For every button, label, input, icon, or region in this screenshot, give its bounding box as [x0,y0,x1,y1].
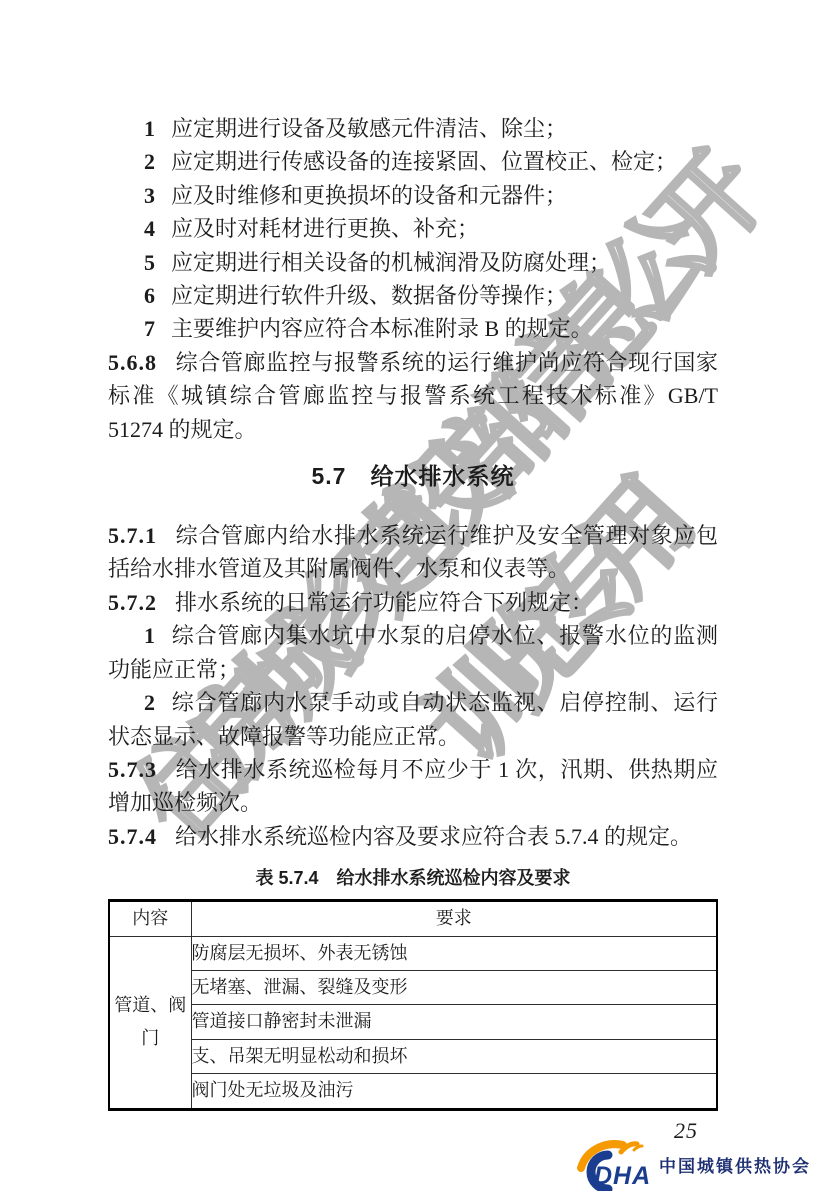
text-column: 1应定期进行设备及敏感元件清洁、除尘； 2应定期进行传感设备的连接紧固、位置校正… [108,0,718,1111]
clause-5-7-2-item-2: 2综合管廊内水泵手动或自动状态监视、启停控制、运行状态显示、故障报警等功能应正常… [108,686,718,753]
table-row: 支、吊架无明显松动和损坏 [109,1039,717,1073]
item-number: 2 [144,690,155,715]
item-number: 1 [144,623,155,648]
table-cell-requirement: 阀门处无垃圾及油污 [191,1074,717,1109]
item-text: 应及时对耗材进行更换、补充； [171,216,479,241]
item-text: 应定期进行设备及敏感元件清洁、除尘； [171,116,567,141]
clause-text: 排水系统的日常运行功能应符合下列规定： [175,590,593,615]
item-text: 应定期进行相关设备的机械润滑及防腐处理； [171,250,611,275]
clause-text: 给水排水系统巡检每月不应少于 1 次，汛期、供热期应增加巡检频次。 [108,757,718,815]
item-number: 6 [144,283,155,308]
table-row: 管道接口静密封未泄漏 [109,1005,717,1039]
section-title: 给水排水系统 [370,463,514,489]
section-heading-5-7: 5.7给水排水系统 [108,461,718,491]
cdha-logo-icon: DHA [574,1137,650,1191]
item-text: 主要维护内容应符合本标准附录 B 的规定。 [171,316,593,341]
clause-number: 5.7.2 [108,590,157,615]
list-item-2: 2应定期进行传感设备的连接紧固、位置校正、检定； [108,145,718,178]
clause-text: 给水排水系统巡检内容及要求应符合表 5.7.4 的规定。 [175,824,692,849]
section-number: 5.7 [312,463,347,489]
clause-text: 综合管廊内给水排水系统运行维护及安全管理对象应包括给水排水管道及其附属阀件、水泵… [108,523,718,581]
item-number: 2 [144,149,155,174]
item-text: 综合管廊内集水坑中水泵的启停水位、报警水位的监测功能应正常； [108,623,718,681]
list-item-3: 3应及时维修和更换损坏的设备和元器件； [108,179,718,212]
clause-5-7-4: 5.7.4给水排水系统巡检内容及要求应符合表 5.7.4 的规定。 [108,820,718,853]
item-text: 应及时维修和更换损坏的设备和元器件； [171,183,567,208]
table-cell-requirement: 防腐层无损坏、外表无锈蚀 [191,936,717,970]
clause-number: 5.7.1 [108,523,157,548]
logo-acronym: DHA [594,1162,650,1190]
item-number: 1 [144,116,155,141]
clause-number: 5.7.4 [108,824,157,849]
item-text: 综合管廊内水泵手动或自动状态监视、启停控制、运行状态显示、故障报警等功能应正常。 [108,690,718,748]
table-cell-requirement: 支、吊架无明显松动和损坏 [191,1039,717,1073]
list-item-7: 7主要维护内容应符合本标准附录 B 的规定。 [108,312,718,345]
table-group-label: 管道、阀门 [109,936,191,1109]
item-number: 3 [144,183,155,208]
association-name: 中国城镇供热协会 [659,1152,811,1177]
clause-text: 综合管廊监控与报警系统的运行维护尚应符合现行国家标准《城镇综合管廊监控与报警系统… [108,350,718,442]
table-cell-requirement: 无堵塞、泄漏、裂缝及变形 [191,970,717,1004]
clause-number: 5.7.3 [108,757,157,782]
list-item-4: 4应及时对耗材进行更换、补充； [108,212,718,245]
table-caption: 表 5.7.4 给水排水系统巡检内容及要求 [108,866,718,890]
item-text: 应定期进行软件升级、数据备份等操作； [171,283,567,308]
table-header-content: 内容 [109,901,191,936]
table-row: 管道、阀门 防腐层无损坏、外表无锈蚀 [109,936,717,970]
list-item-1: 1应定期进行设备及敏感元件清洁、除尘； [108,112,718,145]
item-number: 7 [144,316,155,341]
table-header-requirement: 要求 [191,901,717,936]
clause-5-7-3: 5.7.3给水排水系统巡检每月不应少于 1 次，汛期、供热期应增加巡检频次。 [108,753,718,820]
clause-5-7-2-item-1: 1综合管廊内集水坑中水泵的启停水位、报警水位的监测功能应正常； [108,619,718,686]
association-logo: DHA 中国城镇供热协会 [574,1137,811,1191]
clause-5-7-2: 5.7.2排水系统的日常运行功能应符合下列规定： [108,586,718,619]
list-item-5: 5应定期进行相关设备的机械润滑及防腐处理； [108,246,718,279]
inspection-table: 内容 要求 管道、阀门 防腐层无损坏、外表无锈蚀 无堵塞、泄漏、裂缝及变形 管道… [108,899,718,1110]
item-number: 5 [144,250,155,275]
clause-5-6-8: 5.6.8综合管廊监控与报警系统的运行维护尚应符合现行国家标准《城镇综合管廊监控… [108,346,718,446]
table-header-row: 内容 要求 [109,901,717,936]
list-item-6: 6应定期进行软件升级、数据备份等操作； [108,279,718,312]
clause-number: 5.6.8 [108,350,157,375]
document-page: 住房城乡建设部信息公开 训览专用 1应定期进行设备及敏感元件清洁、除尘； 2应定… [0,0,827,1198]
item-text: 应定期进行传感设备的连接紧固、位置校正、检定； [171,149,677,174]
table-row: 无堵塞、泄漏、裂缝及变形 [109,970,717,1004]
clause-5-7-1: 5.7.1综合管廊内给水排水系统运行维护及安全管理对象应包括给水排水管道及其附属… [108,519,718,586]
item-number: 4 [144,216,155,241]
table-cell-requirement: 管道接口静密封未泄漏 [191,1005,717,1039]
table-row: 阀门处无垃圾及油污 [109,1074,717,1109]
